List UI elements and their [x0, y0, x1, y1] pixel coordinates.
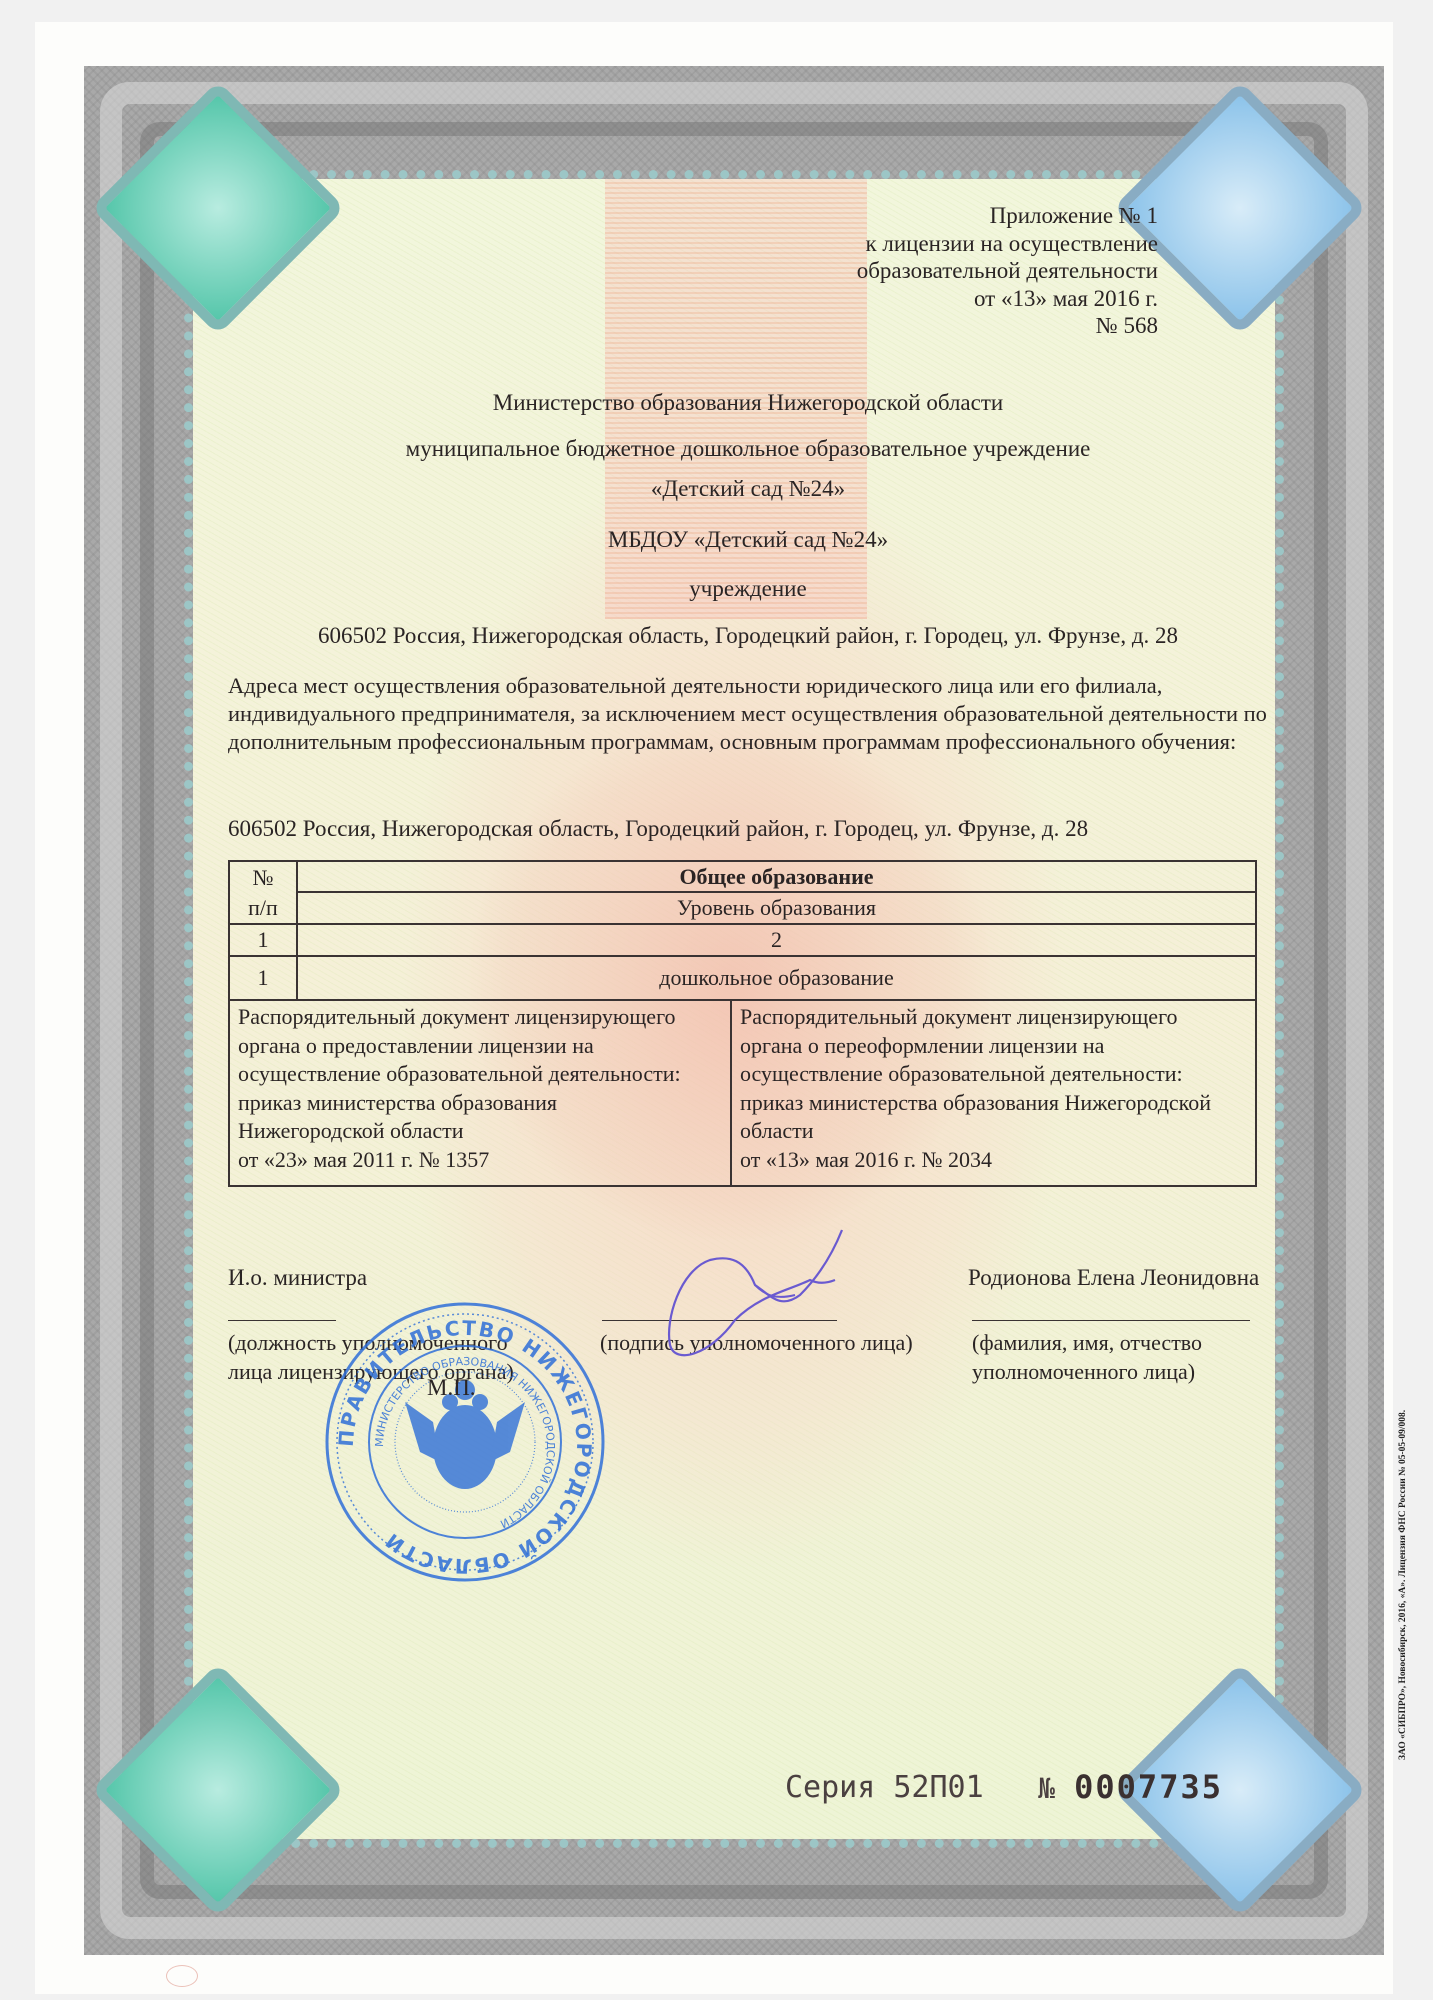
stamp-place-label: М.П. — [427, 1375, 476, 1401]
col-num-symbol: № — [253, 865, 274, 890]
appendix-date: от «13» мая 2016 г. — [857, 285, 1158, 313]
granting-order-line: Распорядительный документ лицензирующего — [238, 1003, 722, 1032]
granting-order-line: Нижегородской области — [238, 1117, 722, 1146]
organization-full-name: муниципальное бюджетное дошкольное образ… — [228, 435, 1268, 463]
appendix-header: Приложение № 1 к лицензии на осуществлен… — [857, 202, 1158, 340]
index-cell-1: 1 — [229, 924, 297, 956]
number-value: 0007735 — [1074, 1768, 1223, 1806]
seal-stamp-icon: ПРАВИТЕЛЬСТВО НИЖЕГОРОДСКОЙ ОБЛАСТИ МИНИ… — [320, 1302, 610, 1592]
handwritten-signature-icon — [580, 1200, 930, 1400]
scan-artifact — [166, 1965, 198, 1987]
places-description: Адреса мест осуществления образовательно… — [228, 672, 1268, 756]
name-caption: (фамилия, имя, отчество — [972, 1328, 1202, 1358]
level-header: Уровень образования — [297, 892, 1256, 924]
series-value: 52П01 — [893, 1770, 983, 1805]
granting-order-line: приказ министерства образования — [238, 1089, 722, 1118]
series-label-text: Серия — [785, 1770, 875, 1805]
reissue-order: Распорядительный документ лицензирующего… — [730, 999, 1255, 1185]
place-address: 606502 Россия, Нижегородская область, Го… — [228, 815, 1088, 843]
legal-address: 606502 Россия, Нижегородская область, Го… — [228, 622, 1268, 650]
row-level: дошкольное образование — [297, 956, 1256, 1000]
organization-short-name: МБДОУ «Детский сад №24» — [228, 526, 1268, 554]
section-header: Общее образование — [297, 861, 1256, 892]
education-table: № п/п Общее образование Уровень образова… — [228, 860, 1257, 1001]
reissue-order-line: области — [740, 1117, 1247, 1146]
reissue-order-date: от «13» мая 2016 г. № 2034 — [740, 1146, 1247, 1175]
reissue-order-line: органа о переоформлении лицензии на — [740, 1032, 1247, 1061]
granting-order-line: осуществление образовательной деятельнос… — [238, 1060, 722, 1089]
blank-number: № 0007735 — [1038, 1768, 1223, 1806]
granting-order-date: от «23» мая 2011 г. № 1357 — [238, 1146, 722, 1175]
organization-type: учреждение — [228, 575, 1268, 603]
signer-name: Родионова Елена Леонидовна — [968, 1263, 1259, 1293]
granting-order-line: органа о предоставлении лицензии на — [238, 1032, 722, 1061]
official-seal: ПРАВИТЕЛЬСТВО НИЖЕГОРОДСКОЙ ОБЛАСТИ МИНИ… — [320, 1302, 610, 1592]
ministry-name: Министерство образования Нижегородской о… — [228, 389, 1268, 417]
row-number: 1 — [229, 956, 297, 1000]
table-row: 1 дошкольное образование — [229, 956, 1256, 1000]
appendix-subtitle: к лицензии на осуществление — [857, 230, 1158, 258]
printer-imprint: ЗАО «СИБПРО», Новосибирск, 2016, «А». Ли… — [1398, 1410, 1408, 1760]
appendix-subtitle-2: образовательной деятельности — [857, 257, 1158, 285]
signer-position: И.о. министра — [228, 1263, 367, 1293]
reissue-order-line: осуществление образовательной деятельнос… — [740, 1060, 1247, 1089]
reissue-order-line: приказ министерства образования Нижегоро… — [740, 1089, 1247, 1118]
index-cell-2: 2 — [297, 924, 1256, 956]
appendix-number: № 568 — [857, 312, 1158, 340]
name-line — [972, 1320, 1250, 1321]
number-label: № — [1038, 1772, 1055, 1805]
series-label: Серия 52П01 — [785, 1770, 984, 1805]
order-documents: Распорядительный документ лицензирующего… — [228, 999, 1257, 1187]
name-caption-2: уполномоченного лица) — [972, 1357, 1195, 1387]
appendix-title: Приложение № 1 — [857, 202, 1158, 230]
granting-order: Распорядительный документ лицензирующего… — [230, 999, 730, 1185]
reissue-order-line: Распорядительный документ лицензирующего — [740, 1003, 1247, 1032]
col-num-label: п/п — [248, 895, 278, 920]
organization-full-name-2: «Детский сад №24» — [228, 475, 1268, 503]
col-num-header: № п/п — [229, 861, 297, 924]
